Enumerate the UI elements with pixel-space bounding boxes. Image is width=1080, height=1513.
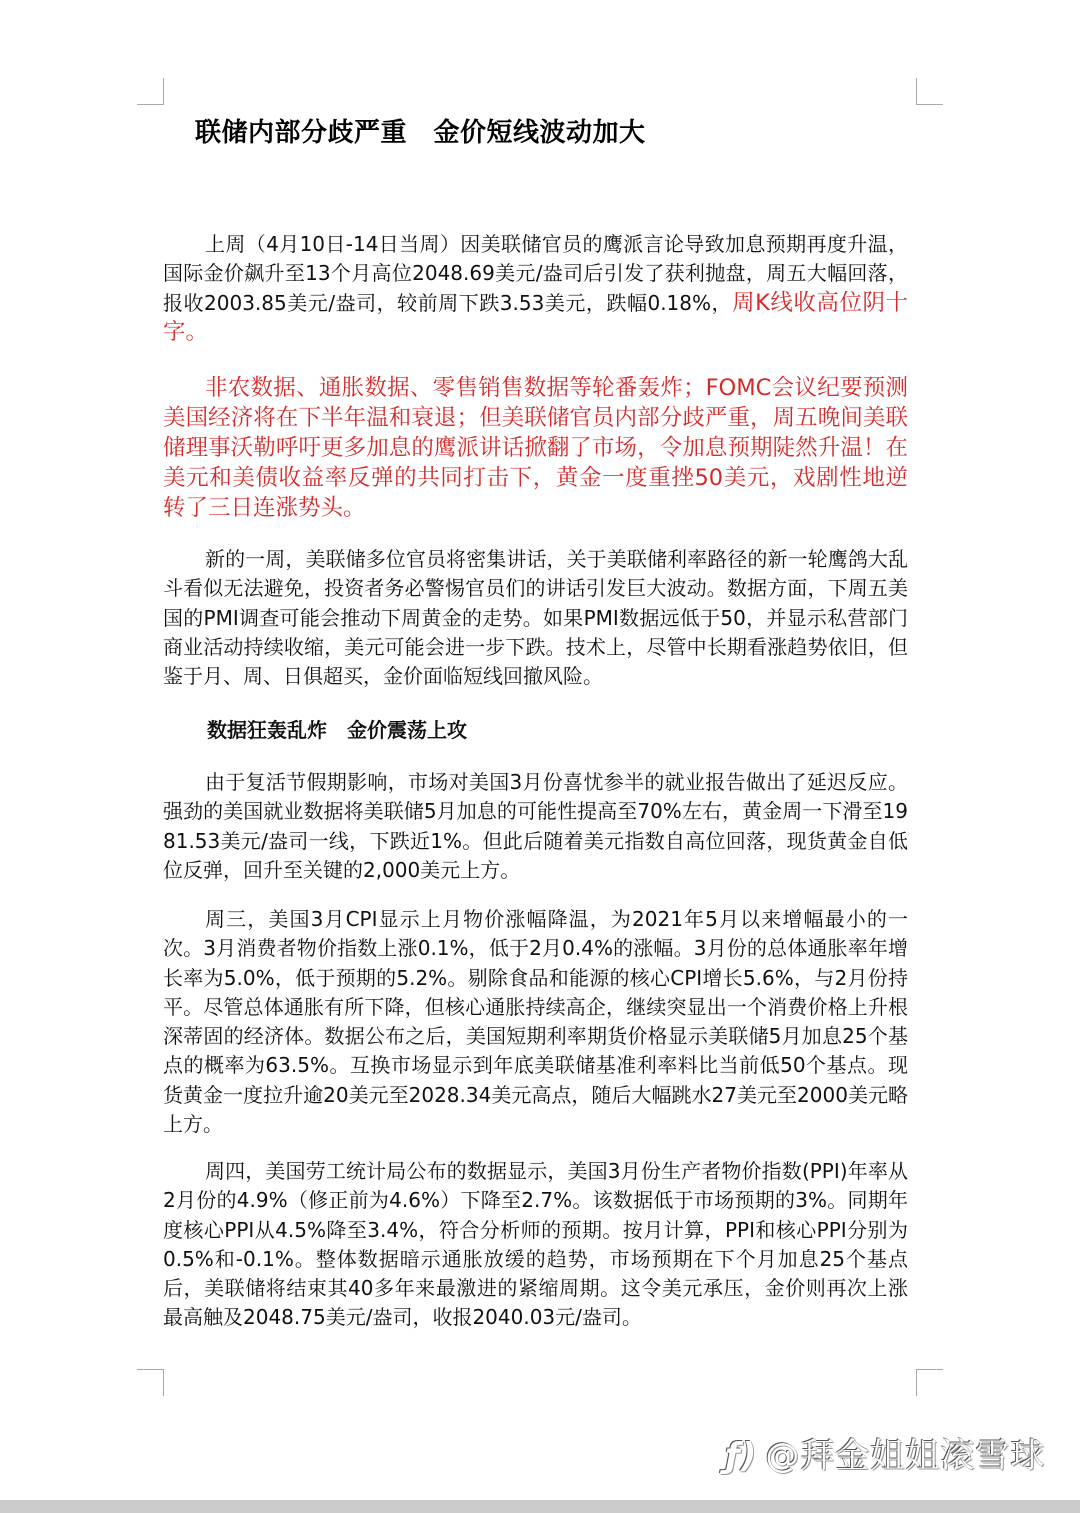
paragraph-cpi: 周三，美国3月CPI显示上月物价涨幅降温，为2021年5月以来增幅最小的一次。3… [163,905,908,1139]
document-title: 联储内部分歧严重 金价短线波动加大 [195,112,646,149]
page-corner-mark-top-left [137,78,164,105]
page-corner-mark-top-right [916,78,943,105]
paragraph-weekly-review: 上周（4月10日-14日当周）因美联储官员的鹰派言论导致加息预期再度升温，国际金… [163,230,908,347]
paragraph-outlook: 新的一周，美联储多位官员将密集讲话，关于美联储利率路径的新一轮鹰鸽大乱斗看似无法… [163,545,908,691]
bottom-scroll-bar [0,1500,1080,1513]
paragraph-ppi: 周四，美国劳工统计局公布的数据显示，美国3月份生产者物价指数(PPI)年率从2月… [163,1157,908,1333]
page-corner-mark-bottom-right [916,1369,943,1396]
section-subtitle: 数据狂轰乱炸 金价震荡上攻 [207,714,467,743]
page-corner-mark-bottom-left [137,1369,164,1396]
xueqiu-logo-icon: ƒ) [725,1436,757,1476]
paragraph-jobs-report: 由于复活节假期影响，市场对美国3月份喜忧参半的就业报告做出了延迟反应。强劲的美国… [163,768,908,885]
watermark-text: @拜金姐姐滚雪球 [765,1436,1045,1476]
paragraph-highlight-summary: 非农数据、通胀数据、零售销售数据等轮番轰炸；FOMC会议纪要预测美国经济将在下半… [163,373,908,523]
watermark: ƒ)@拜金姐姐滚雪球 [725,1428,1045,1477]
